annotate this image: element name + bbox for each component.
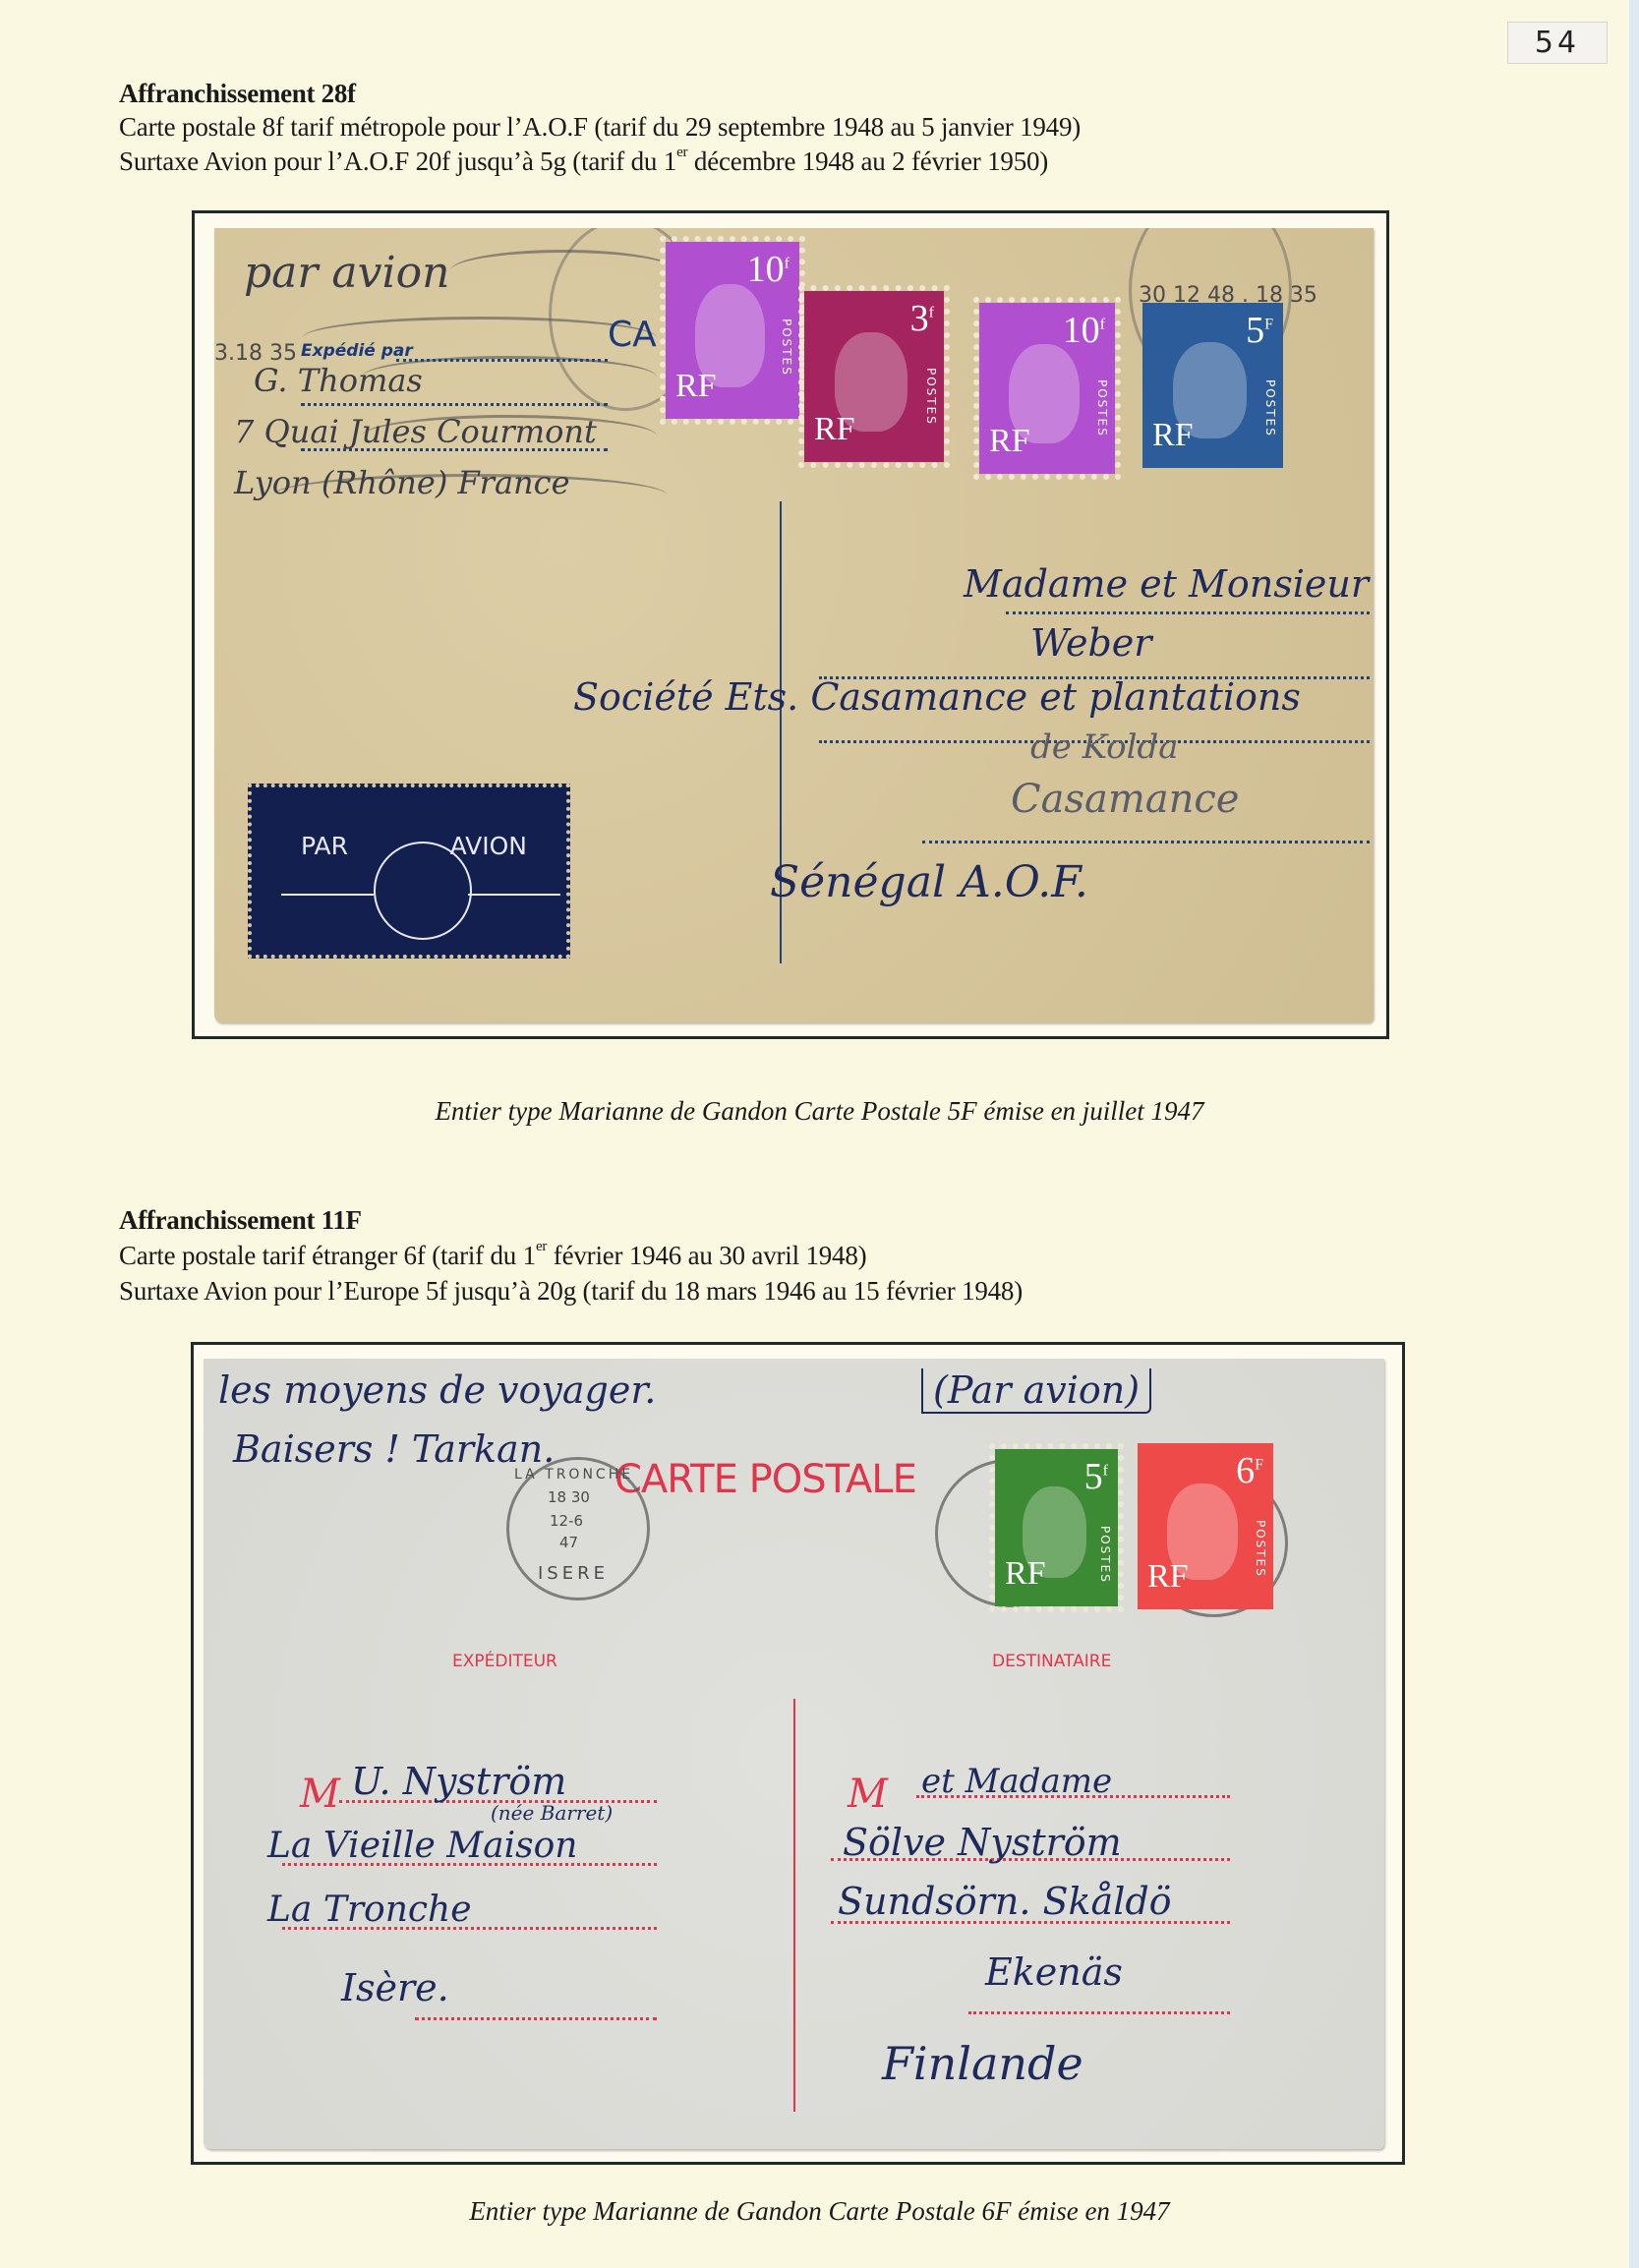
postcard-2: les moyens de voyager. Baisers ! Tarkan.… [204,1359,1384,2149]
sender-line [415,2017,657,2020]
section-2-heading: Affranchissement 11F [119,1205,362,1236]
stamp-5f-green: 5f POSTES RF [989,1443,1124,1612]
stamp-5f-blue-imprinted: 5F POSTES RF [1142,303,1283,468]
sender-line [301,403,608,406]
sender-street: La Vieille Maison [267,1826,577,1866]
postmark-date: 12-6 [550,1512,583,1530]
recipient-company: Société Ets. Casamance et plantations [573,675,1301,719]
stamp-6f-red-imprinted: 6F POSTES RF [1138,1443,1273,1609]
recipient-country: Sénégal A.O.F. [770,857,1088,907]
postmark-time: 18 30 [548,1488,590,1506]
sender-line [396,359,608,362]
recipient-city: Ekenäs [985,1950,1123,1994]
globe-icon [374,842,472,940]
wing-right-icon [468,894,560,896]
par-avion-annotation: (Par avion) [921,1368,1151,1414]
stamp-inscription: POSTES [1095,379,1109,437]
stamp-3f-magenta: 3f POSTES RF [798,285,950,468]
sender-name: U. Nyström [351,1760,566,1803]
recipient-title: et Madame [921,1762,1112,1801]
recipient-line [1006,611,1370,614]
wing-left-icon [281,894,374,896]
stamp-value: 3f [910,297,934,340]
sender-region: Isère. [341,1966,449,2009]
sender-maiden-name: (née Barret) [491,1801,613,1825]
section-1-heading: Affranchissement 28f [119,79,356,109]
stamp-10f-violet: 10f POSTES RF [973,297,1121,480]
destinataire-label: DESTINATAIRE [992,1652,1111,1671]
section-2-airmail-surcharge-line: Surtaxe Avion pour l’Europe 5f jusqu’à 2… [119,1276,1023,1307]
stamp-inscription: POSTES [1254,1520,1267,1578]
section-1-tariff-line: Carte postale 8f tarif métropole pour l’… [119,112,1081,143]
postmark-year: 47 [559,1534,578,1551]
sender-prefix: M [300,1772,340,1817]
stamp-inscription: POSTES [1263,379,1277,437]
recipient-prefix: M [848,1772,888,1817]
section-2-caption: Entier type Marianne de Gandon Carte Pos… [0,2196,1639,2227]
stamp-country: RF [814,411,855,448]
stamp-country: RF [989,423,1030,460]
postmark-city-fragment: CA [608,315,657,355]
section-1-airmail-surcharge-line: Surtaxe Avion pour l’A.O.F 20f jusqu’à 5… [119,146,1048,177]
airmail-label-right-text: AVION [450,832,527,860]
postcard-1: 3.18 35 30 12 48 . 18 35 CA par avion Ex… [214,228,1374,1022]
stamp-value: 6F [1236,1449,1263,1492]
stamp-value: 10f [1063,309,1105,352]
stamp-10f-violet: 10f POSTES RF [660,236,805,425]
section-2-tariff-line: Carte postale tarif étranger 6f (tarif d… [119,1241,866,1271]
sender-city: La Tronche [267,1890,472,1930]
par-avion-annotation: par avion [244,248,449,298]
stamp-country: RF [1147,1558,1189,1596]
sender-street: 7 Quai Jules Courmont [234,413,597,450]
recipient-name: Sölve Nyström [843,1821,1122,1864]
recipient-country: Finlande [882,2037,1083,2090]
postmark-top-text: LA TRONCHE [514,1467,633,1483]
par-avion-airmail-label: PAR AVION [248,784,570,959]
sender-city: Lyon (Rhône) France [234,464,570,501]
recipient-title: Madame et Monsieur [964,562,1369,606]
sender-name: G. Thomas [254,362,423,399]
message-line-1: les moyens de voyager. [218,1368,656,1412]
printed-sender-label: Expédié par [301,341,413,361]
stamp-inscription: POSTES [780,319,793,377]
postmark-bottom-text: ISERE [538,1563,609,1584]
recipient-line [922,841,1370,843]
stamp-country: RF [1152,417,1194,454]
stamp-inscription: POSTES [1098,1526,1112,1584]
recipient-street: Sundsörn. Skåldö [838,1880,1172,1923]
stamp-country: RF [675,368,717,405]
stamp-value: 5F [1246,309,1273,352]
recipient-region: Casamance [1011,777,1239,822]
carte-postale-title: CARTE POSTALE [615,1457,916,1502]
recipient-name: Weber [1030,621,1151,665]
stamp-value: 5f [1084,1455,1108,1498]
page-number-label: 54 [1507,22,1608,64]
stamp-value: 10f [747,248,790,291]
card-center-divider [793,1699,795,2112]
stamp-inscription: POSTES [924,368,938,426]
section-1-caption: Entier type Marianne de Gandon Carte Pos… [0,1096,1639,1127]
scan-edge-strip [1629,0,1639,2268]
expediteur-label: EXPÉDITEUR [452,1652,557,1671]
message-line-2: Baisers ! Tarkan. [233,1427,555,1471]
airmail-label-left-text: PAR [301,832,348,860]
stamp-country: RF [1005,1555,1046,1593]
recipient-company-2: de Kolda [1030,727,1179,767]
recipient-line [968,2011,1230,2014]
